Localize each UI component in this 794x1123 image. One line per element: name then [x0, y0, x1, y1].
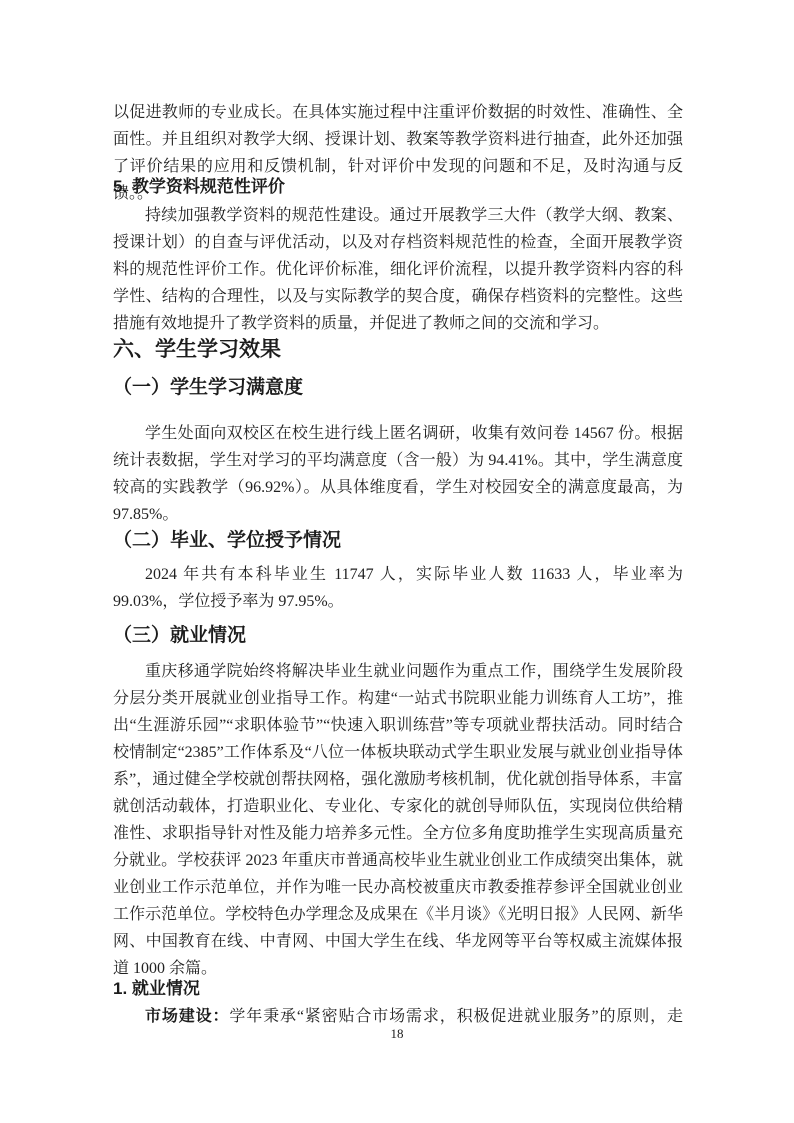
- paragraph-6-3: 重庆移通学院始终将解决毕业生就业问题作为重点工作，围绕学生发展阶段分层分类开展就…: [113, 658, 683, 982]
- document-page: 以促进教师的专业成长。在具体实施过程中注重评价数据的时效性、准确性、全面性。并且…: [0, 0, 794, 1123]
- heading-6-2: （二）毕业、学位授予情况: [113, 529, 683, 553]
- heading-6-3: （三）就业情况: [113, 624, 683, 648]
- heading-chapter6: 六、学生学习效果: [113, 337, 683, 363]
- heading-employment1: 1. 就业情况: [113, 978, 683, 1000]
- page-number: 18: [0, 1026, 794, 1042]
- market-text: 学年秉承“紧密贴合市场需求，积极促进就业服务”的原则，走: [229, 1008, 683, 1025]
- paragraph-6-1: 学生处面向双校区在校生进行线上匿名调研，收集有效问卷 14567 份。根据统计表…: [113, 420, 683, 528]
- paragraph-section5: 持续加强教学资料的规范性建设。通过开展教学三大件（教学大纲、教案、授课计划）的自…: [113, 202, 683, 337]
- heading-section5: 5. 教学资料规范性评价: [113, 176, 683, 198]
- market-lead-label: 市场建设：: [145, 1008, 229, 1025]
- paragraph-6-2: 2024 年共有本科毕业生 11747 人，实际毕业人数 11633 人，毕业率…: [113, 561, 683, 615]
- heading-6-1: （一）学生学习满意度: [113, 376, 683, 400]
